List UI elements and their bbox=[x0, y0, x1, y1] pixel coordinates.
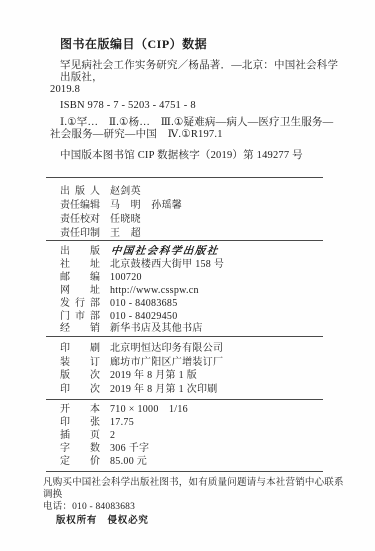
service-phone: 电话：010 - 84083683 bbox=[43, 501, 349, 513]
cip-description-line1: 罕见病社会工作实务研究／杨晶著．—北京：中国社会科学出版社， bbox=[50, 60, 347, 84]
quality-notice: 凡购买中国社会科学出版社图书，如有质量问题请与本社营销中心联系调换 bbox=[43, 477, 349, 501]
cip-heading: 图书在版编目（CIP）数据 bbox=[50, 36, 347, 52]
row-label: 门市部 bbox=[60, 311, 100, 324]
divider bbox=[46, 471, 323, 472]
row-value: 赵剑英 bbox=[110, 185, 141, 199]
publisher-row-address: 社址北京鼓楼西大街甲 158 号 bbox=[60, 259, 345, 272]
row-value: 北京鼓楼西大街甲 158 号 bbox=[110, 259, 224, 272]
row-value: 北京明恒达印务有限公司 bbox=[110, 342, 223, 356]
row-label: 邮编 bbox=[60, 272, 100, 285]
format-row-inserts: 插页2 bbox=[60, 430, 345, 443]
row-label: 装订 bbox=[60, 356, 100, 370]
row-value: 100720 bbox=[110, 272, 142, 285]
cip-classification-line1: Ⅰ.①罕… Ⅱ.①杨… Ⅲ.①疑难病—病人—医疗卫生服务— bbox=[50, 117, 347, 129]
row-label: 字数 bbox=[60, 443, 100, 456]
format-row-word-count: 字数306 千字 bbox=[60, 443, 345, 456]
row-value: 新华书店及其他书店 bbox=[110, 323, 203, 336]
row-value: 任晓晓 bbox=[110, 213, 141, 227]
format-section: 开本710 × 1000 1/16 印张17.75 插页2 字数306 千字 定… bbox=[60, 404, 345, 469]
staff-row-editor: 责任编辑马 明 孙瑶馨 bbox=[60, 199, 345, 213]
cip-record-number: 中国版本图书馆 CIP 数据核字（2019）第 149277 号 bbox=[50, 150, 347, 162]
publisher-row-store-phone: 门市部010 - 84029450 bbox=[60, 311, 345, 324]
row-label: 出版人 bbox=[60, 185, 100, 199]
row-label: 定价 bbox=[60, 456, 100, 469]
row-label: 网址 bbox=[60, 285, 100, 298]
publisher-logotype: 中国社会科学出版社 bbox=[110, 246, 219, 259]
publisher-row-imprint: 出版中国社会科学出版社 bbox=[60, 246, 345, 259]
isbn-line: ISBN 978 - 7 - 5203 - 4751 - 8 bbox=[50, 100, 347, 112]
row-label: 开本 bbox=[60, 404, 100, 417]
format-row-trim-size: 开本710 × 1000 1/16 bbox=[60, 404, 345, 417]
row-value: 2019 年 8 月第 1 版 bbox=[110, 369, 197, 383]
staff-row-print-supervisor: 责任印制王 超 bbox=[60, 227, 345, 241]
row-label: 社址 bbox=[60, 259, 100, 272]
publisher-row-website: 网址http://www.csspw.cn bbox=[60, 285, 345, 298]
row-label: 责任校对 bbox=[60, 213, 100, 227]
cip-block: 图书在版编目（CIP）数据 罕见病社会工作实务研究／杨晶著．—北京：中国社会科学… bbox=[50, 36, 347, 162]
row-label: 经销 bbox=[60, 323, 100, 336]
footer-notices: 凡购买中国社会科学出版社图书，如有质量问题请与本社营销中心联系调换 电话：010… bbox=[43, 477, 349, 527]
cip-classification-line2: 社会服务—研究—中国 Ⅳ.①R197.1 bbox=[50, 129, 347, 141]
row-label: 印次 bbox=[60, 383, 100, 397]
staff-row-publisher-person: 出版人赵剑英 bbox=[60, 185, 345, 199]
printing-row-impression: 印次2019 年 8 月第 1 次印刷 bbox=[60, 383, 345, 397]
colophon-page: 图书在版编目（CIP）数据 罕见病社会工作实务研究／杨晶著．—北京：中国社会科学… bbox=[0, 0, 375, 551]
publisher-row-distributor: 经销新华书店及其他书店 bbox=[60, 323, 345, 336]
row-label: 责任编辑 bbox=[60, 199, 100, 213]
row-value: 马 明 孙瑶馨 bbox=[110, 199, 182, 213]
row-value: 廊坊市广阳区广增装订厂 bbox=[110, 356, 223, 370]
printing-row-bindery: 装订廊坊市广阳区广增装订厂 bbox=[60, 356, 345, 370]
row-value: 2 bbox=[110, 430, 115, 443]
copyright-statement: 版权所有 侵权必究 bbox=[43, 515, 349, 527]
publisher-row-postcode: 邮编100720 bbox=[60, 272, 345, 285]
format-row-price: 定价85.00 元 bbox=[60, 456, 345, 469]
divider bbox=[46, 399, 323, 400]
row-label: 印刷 bbox=[60, 342, 100, 356]
divider bbox=[46, 177, 323, 178]
publisher-section: 出版中国社会科学出版社 社址北京鼓楼西大街甲 158 号 邮编100720 网址… bbox=[60, 246, 345, 336]
divider bbox=[46, 336, 323, 337]
printing-row-edition: 版次2019 年 8 月第 1 版 bbox=[60, 369, 345, 383]
row-value: 010 - 84083685 bbox=[110, 298, 178, 311]
printing-row-printer: 印刷北京明恒达印务有限公司 bbox=[60, 342, 345, 356]
row-value: 85.00 元 bbox=[110, 456, 147, 469]
row-value: 王 超 bbox=[110, 227, 141, 241]
staff-row-proofreader: 责任校对任晓晓 bbox=[60, 213, 345, 227]
row-label: 版次 bbox=[60, 369, 100, 383]
row-value: 17.75 bbox=[110, 417, 134, 430]
staff-section: 出版人赵剑英 责任编辑马 明 孙瑶馨 责任校对任晓晓 责任印制王 超 bbox=[60, 185, 345, 241]
row-label: 发行部 bbox=[60, 298, 100, 311]
row-value: 306 千字 bbox=[110, 443, 149, 456]
row-value: 710 × 1000 1/16 bbox=[110, 404, 188, 417]
divider bbox=[46, 240, 323, 241]
publisher-row-distribution-phone: 发行部010 - 84083685 bbox=[60, 298, 345, 311]
cip-description-line2: 2019.8 bbox=[50, 84, 347, 96]
row-label: 出版 bbox=[60, 246, 100, 259]
row-value: 010 - 84029450 bbox=[110, 311, 178, 324]
row-label: 插页 bbox=[60, 430, 100, 443]
row-label: 责任印制 bbox=[60, 227, 100, 241]
row-label: 印张 bbox=[60, 417, 100, 430]
format-row-sheets: 印张17.75 bbox=[60, 417, 345, 430]
website-url: http://www.csspw.cn bbox=[110, 285, 199, 298]
row-value: 2019 年 8 月第 1 次印刷 bbox=[110, 383, 218, 397]
printing-section: 印刷北京明恒达印务有限公司 装订廊坊市广阳区广增装订厂 版次2019 年 8 月… bbox=[60, 342, 345, 396]
